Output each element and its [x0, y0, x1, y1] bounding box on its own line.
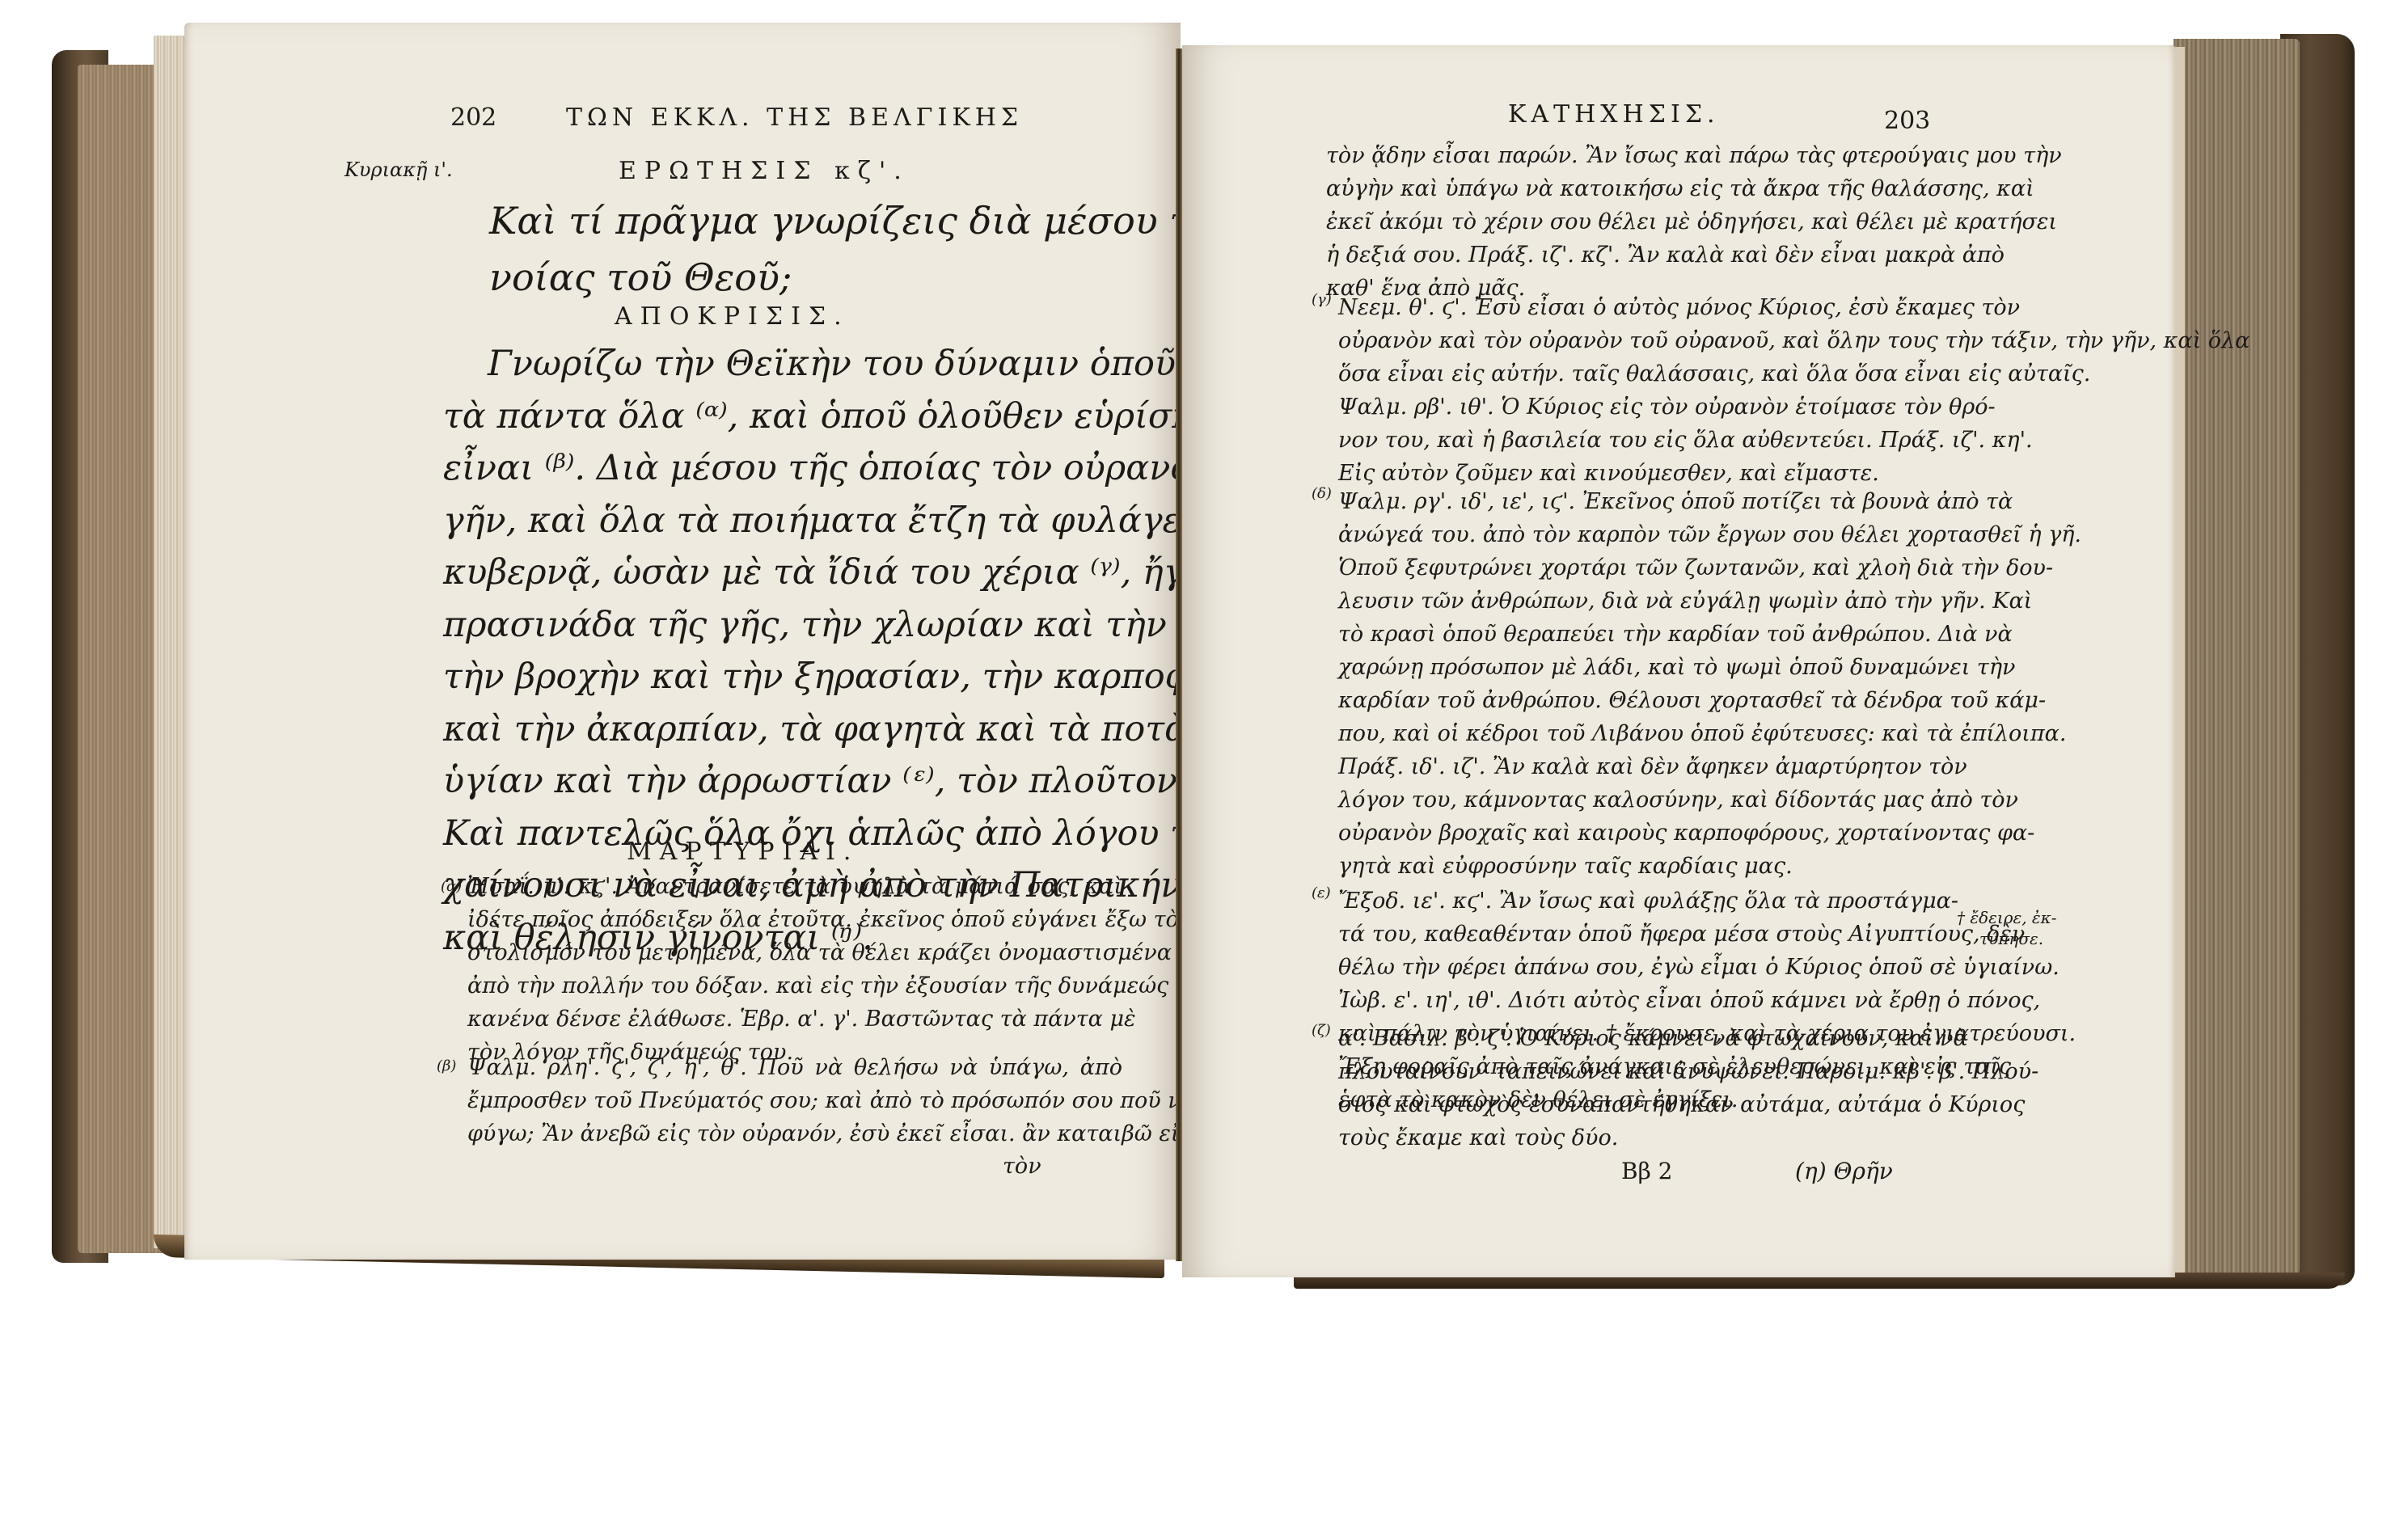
page-edges-right	[2174, 39, 2300, 1277]
left-running-head: ΤΩΝ ΕΚΚΛ. ΤΗΣ ΒΕΛΓΙΚΗΣ	[566, 103, 1023, 132]
footnote-line: κανένα δένσε ἐλάθωσε. Ἑβρ. α'. γ'. Βαστῶ…	[467, 1002, 1122, 1036]
footnote-marker-epsilon: (ε)	[1312, 884, 1331, 901]
footnote-line: ἀπὸ τὴν πολλήν του δόξαν. καὶ εἰς τὴν ἐξ…	[467, 969, 1122, 1002]
footnote-line: χαρώνῃ πρόσωπον μὲ λάδι, καὶ τὸ ψωμὶ ὁπο…	[1338, 651, 1941, 684]
footnote-line: νον του, καὶ ἡ βασιλεία του εἰς ὅλα αὐθε…	[1338, 424, 1941, 457]
gutter	[1176, 49, 1182, 1261]
continuation-line: αὐγὴν καὶ ὑπάγω νὰ κατοικήσω εἰς τὰ ἄκρα…	[1326, 172, 1941, 205]
question-heading: ΕΡΩΤΗΣΙΣ κζ'.	[619, 157, 910, 185]
left-margin-note: Κυριακῇ ι'.	[344, 158, 453, 181]
footnote-marker-alpha: (α)	[441, 878, 462, 895]
answer-line: γῆν, καὶ ὅλα τὰ ποιήματα ἔτζη τὰ φυλάγει…	[443, 495, 1126, 547]
footnote-line: που, καὶ οἱ κέδροι τοῦ Λιβάνου ὁποῦ ἐφύτ…	[1338, 717, 1941, 750]
footnote-gamma: Νεεμ. θ'. ϛ'. Ἐσὺ εἶσαι ὁ αὐτὸς μόνος Κύ…	[1338, 291, 1941, 490]
footnote-marker-zeta: (ζ)	[1312, 1022, 1331, 1039]
footnote-line: σιος καὶ φτωχὸς ἐσυναπαντήθηκαν αὐτάμα, …	[1338, 1088, 1941, 1121]
continuation-line: τὸν ᾅδην εἶσαι παρών. Ἂν ἴσως καὶ πάρω τ…	[1326, 139, 1941, 172]
side-note-line: τύπησε.	[1957, 928, 2057, 949]
footnote-line: πλουταίνουν· ταπεινώνει καὶ ἀνυψώνει. Πα…	[1338, 1055, 1941, 1088]
continuation-line: ἡ δεξιά σου. Πράξ. ιζ'. κζ'. Ἂν καλὰ καὶ…	[1326, 238, 1941, 272]
footnote-line: ὅσα εἶναι εἰς αὐτήν. ταῖς θαλάσσαις, καὶ…	[1338, 357, 1941, 390]
footnote-line: τά του, καθεαθένταν ὁποῦ ἤφερα μέσα στοὺ…	[1338, 918, 1941, 951]
answer-line: Γνωρίζω τὴν Θεϊκὴν του δύναμιν ὁποῦ κρατ…	[443, 338, 1126, 390]
footnote-line: τοὺς ἔκαμε καὶ τοὺς δύο.	[1338, 1121, 1941, 1154]
footnote-line: γητὰ καὶ εὐφροσύνην ταῖς καρδίαις μας.	[1338, 850, 1941, 883]
continuation-text: τὸν ᾅδην εἶσαι παρών. Ἂν ἴσως καὶ πάρω τ…	[1326, 139, 1941, 305]
footnote-line: Ἠσαΐ. μ'. κϛ'. Ἀναντρανίσετε τὰ ὑψηλὰ τὰ…	[467, 870, 1122, 903]
footnote-line: στολισμόν του μετρημένα, ὅλα τὰ θέλει κρ…	[467, 936, 1122, 969]
answer-line: καὶ τὴν ἀκαρπίαν, τὰ φαγητὰ καὶ τὰ ποτὰ …	[443, 703, 1126, 756]
footnote-line: ἀνώγεά του. ἀπὸ τὸν καρπὸν τῶν ἔργων σου…	[1338, 518, 1941, 551]
answer-line: εἶναι ⁽ᵝ⁾. Διὰ μέσου τῆς ὁποίας τὸν οὐρα…	[443, 442, 1126, 495]
footnote-line: λευσιν τῶν ἀνθρώπων, διὰ νὰ εὐγάλῃ ψωμὶν…	[1338, 585, 1941, 618]
footnote-line: Ψαλμ. ρλη'. ϛ', ζ', η', θ'. Ποῦ νὰ θελήσ…	[467, 1051, 1122, 1084]
footnote-marker-beta: (β)	[437, 1057, 456, 1074]
testimonies-heading: ΜΑΡΤΥΡΙΑΙ.	[627, 838, 859, 866]
footnote-line: τὸ κρασὶ ὁποῦ θεραπεύει τὴν καρδίαν τοῦ …	[1338, 618, 1941, 651]
footnote-delta: Ψαλμ. ργ'. ιδ', ιε', ιϛ'. Ἐκεῖνος ὁποῦ π…	[1338, 485, 1941, 883]
answer-line: πρασινάδα τῆς γῆς, τὴν χλωρίαν καὶ τὴν ἀ…	[443, 599, 1126, 652]
footnote-beta: Ψαλμ. ρλη'. ϛ', ζ', η', θ'. Ποῦ νὰ θελήσ…	[467, 1051, 1122, 1150]
signature-mark: Ββ 2	[1621, 1158, 1672, 1184]
footnote-line: οὐρανὸν βροχαῖς καὶ καιροὺς καρποφόρους,…	[1338, 817, 1941, 850]
footnote-line: φύγω; Ἂν ἀνεβῶ εἰς τὸν οὐρανόν, ἐσὺ ἐκεῖ…	[467, 1117, 1122, 1150]
footnote-marker-gamma: (γ)	[1312, 291, 1332, 308]
question-line: νοίας τοῦ Θεοῦ;	[489, 249, 1128, 306]
footnote-line: Ψαλμ. ργ'. ιδ', ιε', ιϛ'. Ἐκεῖνος ὁποῦ π…	[1338, 485, 1941, 518]
question-line: Καὶ τί πρᾶγμα γνωρίζεις διὰ μέσου τῆς πρ…	[489, 192, 1128, 249]
footnote-marker-delta: (δ)	[1312, 485, 1332, 502]
footnote-line: Πράξ. ιδ'. ιζ'. Ἂν καλὰ καὶ δὲν ἄφηκεν ἀ…	[1338, 750, 1941, 783]
continuation-line: ἐκεῖ ἀκόμι τὸ χέριν σου θέλει μὲ ὁδηγήσε…	[1326, 205, 1941, 238]
footnote-line: α'. Βασιλ. β'. ζ'. Ὁ Κύριος κάμνει νὰ φτ…	[1338, 1022, 1941, 1055]
right-folio: 203	[1884, 107, 1930, 135]
footnote-line: ἔμπροσθεν τοῦ Πνεύματός σου; καὶ ἀπὸ τὸ …	[467, 1084, 1122, 1117]
answer-line: ὑγίαν καὶ τὴν ἀρρωστίαν ⁽ᵋ⁾, τὸν πλοῦτον…	[443, 755, 1126, 808]
left-folio: 202	[450, 103, 496, 132]
footnote-line: Ψαλμ. ρβ'. ιθ'. Ὁ Κύριος εἰς τὸν οὐρανὸν…	[1338, 390, 1941, 424]
footnote-line: λόγον του, κάμνοντας καλοσύνην, καὶ δίδο…	[1338, 783, 1941, 817]
footnote-line: καρδίαν τοῦ ἀνθρώπου. Θέλουσι χορτασθεῖ …	[1338, 684, 1941, 717]
answer-line: κυβερνᾷ, ὡσὰν μὲ τὰ ἴδιά του χέρια ⁽ᵞ⁾, …	[443, 547, 1126, 599]
left-catchword: τὸν	[1003, 1150, 1041, 1183]
footnote-alpha: Ἠσαΐ. μ'. κϛ'. Ἀναντρανίσετε τὰ ὑψηλὰ τὰ…	[467, 870, 1122, 1069]
answer-line: τὰ πάντα ὅλα ⁽ᵅ⁾, καὶ ὁποῦ ὁλοῦθεν εὑρίσ…	[443, 390, 1126, 443]
right-catchword: (η) Θρῆν	[1795, 1158, 1893, 1184]
footnote-line: Ὁποῦ ξεφυτρώνει χορτάρι τῶν ζωντανῶν, κα…	[1338, 551, 1941, 585]
footnote-line: Ἔξοδ. ιε'. κϛ'. Ἂν ἴσως καὶ φυλάξῃς ὅλα …	[1338, 884, 1941, 918]
footnote-line: Ἰὼβ. ε'. ιη', ιθ'. Διότι αὐτὸς εἶναι ὁπο…	[1338, 984, 1941, 1017]
answer-heading: ΑΠΟΚΡΙΣΙΣ.	[615, 302, 850, 331]
footnote-line: θέλω τὴν φέρει ἀπάνω σου, ἐγὼ εἶμαι ὁ Κύ…	[1338, 951, 1941, 984]
footnote-line: ἰδέτε ποῖος ἀπόδειξεν ὅλα ἐτοῦτα. ἐκεῖνο…	[467, 903, 1122, 936]
footnote-line: οὐρανὸν καὶ τὸν οὐρανὸν τοῦ οὐρανοῦ, καὶ…	[1338, 324, 1941, 357]
side-note: † ἔδειρε, ἐκ- τύπησε.	[1957, 907, 2057, 949]
footnote-zeta: α'. Βασιλ. β'. ζ'. Ὁ Κύριος κάμνει νὰ φτ…	[1338, 1022, 1941, 1154]
footnote-line: Νεεμ. θ'. ϛ'. Ἐσὺ εἶσαι ὁ αὐτὸς μόνος Κύ…	[1338, 291, 1941, 324]
side-note-line: † ἔδειρε, ἐκ-	[1957, 907, 2057, 928]
right-running-head: ΚΑΤΗΧΗΣΙΣ.	[1508, 100, 1720, 129]
answer-line: τὴν βροχὴν καὶ τὴν ξηρασίαν, τὴν καρποφο…	[443, 651, 1126, 703]
page-edges-right-light	[2175, 47, 2185, 1276]
question-text: Καὶ τί πρᾶγμα γνωρίζεις διὰ μέσου τῆς πρ…	[489, 192, 1128, 306]
